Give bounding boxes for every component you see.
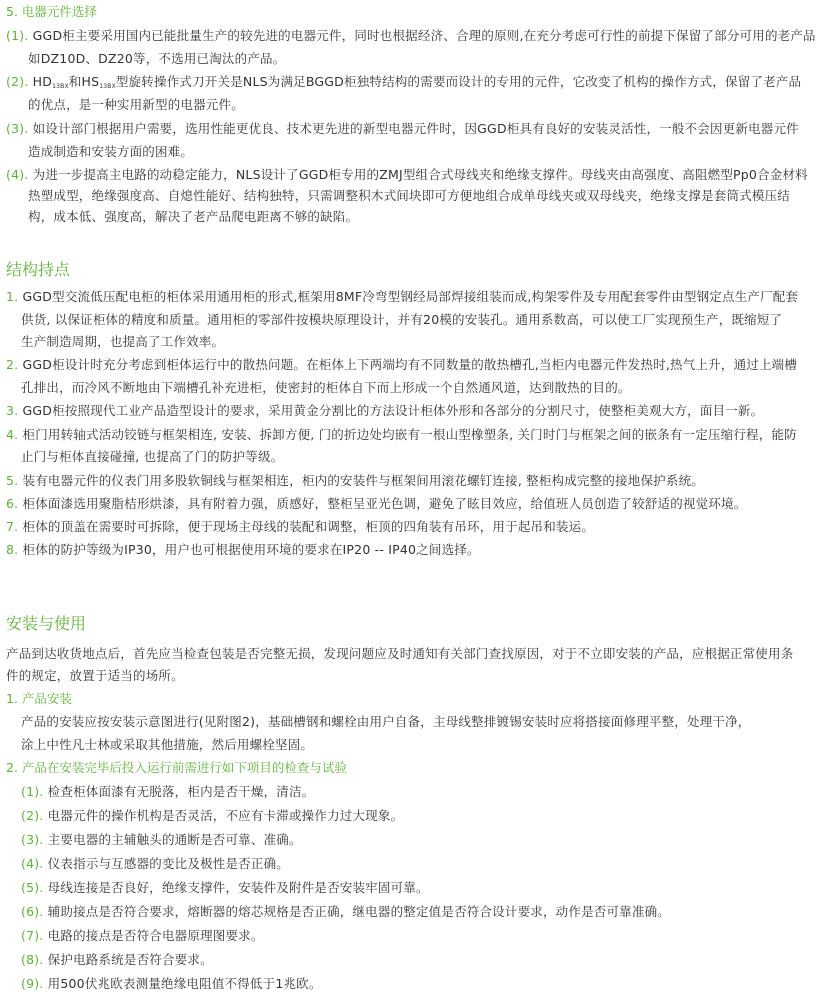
item-number: (4). <box>6 167 28 182</box>
item-number: (1). <box>21 784 43 799</box>
item-number: 7. <box>6 519 18 534</box>
item-number: (2). <box>21 808 43 823</box>
item-number: (5). <box>21 880 43 895</box>
item-text: 仪表指示与互感器的变比及极性是否正确。 <box>48 856 289 871</box>
item-text: 装有电器元件的仪表门用多股软铜线与框架相连，柜内的安装件与框架间用滚花螺钉连接,… <box>23 473 704 488</box>
structure-item-1-line-1: 1. GGD型交流低压配电柜的柜体采用通用柜的形式,框架用8MF冷弯型钢经局部焊… <box>6 288 798 306</box>
structure-item-1-line-3: 生产制造周期，也提高了工作效率。 <box>21 333 224 351</box>
structure-item-7: 7. 柜体的顶盖在需要时可拆除，便于现场主母线的装配和调整，柜顶的四角装有吊环，… <box>6 518 594 536</box>
check-item-3: (3). 主要电器的主辅触头的通断是否可靠、准确。 <box>21 831 302 849</box>
check-item-8: (8). 保护电路系统是否符合要求。 <box>21 951 213 969</box>
item-text: 电路的接点是否符合电器原理图要求。 <box>48 928 264 943</box>
item-number: (3). <box>21 832 43 847</box>
item-number: (6). <box>21 904 43 919</box>
structure-item-4-line-1: 4. 柜门用转轴式活动铰链与框架相连, 安装、拆卸方便, 门的折边处均嵌有一根山… <box>6 426 797 444</box>
model-hd-subscript: 13BX <box>52 83 69 90</box>
item-text: 为进一步提高主电路的动稳定能力，NLS设计了GGD柜专用的ZMJ型组合式母线夹和… <box>33 167 808 182</box>
structure-item-5: 5. 装有电器元件的仪表门用多股软铜线与框架相连，柜内的安装件与框架间用滚花螺钉… <box>6 472 704 490</box>
item-text: GGD柜按照现代工业产品造型设计的要求，采用黄金分割比的方法设计柜体外形和各部分… <box>23 403 764 418</box>
section5-item-3-line-1: (3). 如设计部门根据用户需要，选用性能更优良、技术更先进的新型电器元件时，因… <box>6 120 799 138</box>
item-text: 柜体面漆选用聚脂桔形烘漆，具有附着力强，质感好，整柜呈亚光色调，避免了眩目效应，… <box>23 496 747 511</box>
structure-item-4-line-2: 止门与柜体直接碰撞, 也提高了门的防护等级。 <box>21 448 283 466</box>
item-text: 柜体的顶盖在需要时可拆除，便于现场主母线的装配和调整，柜顶的四角装有吊环，用于起… <box>23 519 595 534</box>
install-sub1-line-1: 产品的安装应按安装示意图进行(见附图2)，基础槽钢和螺栓由用户自备，主母线整排镀… <box>21 713 751 731</box>
structure-item-2-line-1: 2. GGD柜设计时充分考虑到柜体运行中的散热问题。在柜体上下两端均有不同数量的… <box>6 356 797 374</box>
item-text: 保护电路系统是否符合要求。 <box>48 952 213 967</box>
item-text: 电器元件的操作机构是否灵活，不应有卡滞或操作力过大现象。 <box>48 808 404 823</box>
install-intro-line-2: 件的规定，放置于适当的场所。 <box>6 667 184 685</box>
structure-item-3: 3. GGD柜按照现代工业产品造型设计的要求，采用黄金分割比的方法设计柜体外形和… <box>6 402 763 420</box>
model-hs: HS <box>81 74 99 89</box>
check-item-7: (7). 电路的接点是否符合电器原理图要求。 <box>21 927 264 945</box>
item-number: 5. <box>6 473 18 488</box>
item-number: 3. <box>6 403 18 418</box>
item-text: 柜体的防护等级为IP30，用户也可根据使用环境的要求在IP20 -- IP40之… <box>23 542 480 557</box>
structure-item-2-line-2: 孔排出，而冷风不断地由下端槽孔补充进柜，使密封的柜体自下而上形成一个自然通风道，… <box>21 379 631 397</box>
item-text: GGD柜主要采用国内已能批量生产的较先进的电器元件，同时也根据经济、合理的原则,… <box>33 28 816 43</box>
section5-item-4-line-2: 热塑成型，绝缘强度高、自熄性能好、结构独特，只需调整积木式间块即可方便地组合成单… <box>28 187 790 205</box>
section5-item-4-line-1: (4). 为进一步提高主电路的动稳定能力，NLS设计了GGD柜专用的ZMJ型组合… <box>6 166 808 184</box>
check-item-5: (5). 母线连接是否良好，绝缘支撑件，安装件及附件是否安装牢固可靠。 <box>21 879 429 897</box>
item-number: (2). <box>6 74 28 89</box>
structure-item-1-line-2: 供货, 以保证柜体的精度和质量。通用柜的零部件按模块原理设计，并有20模的安装孔… <box>21 311 782 329</box>
model-hd: HD <box>33 74 52 89</box>
item-text: 和 <box>69 74 82 89</box>
check-item-2: (2). 电器元件的操作机构是否灵活，不应有卡滞或操作力过大现象。 <box>21 807 403 825</box>
check-item-9: (9). 用500伏兆欧表测量绝缘电阻值不得低于1兆欧。 <box>21 975 322 993</box>
check-item-6: (6). 辅助接点是否符合要求，熔断器的熔芯规格是否正确，继电器的整定值是否符合… <box>21 903 670 921</box>
structure-item-8: 8. 柜体的防护等级为IP30，用户也可根据使用环境的要求在IP20 -- IP… <box>6 541 480 559</box>
item-number: 1. <box>6 289 18 304</box>
install-sub2-title: 2. 产品在安装完毕后投入运行前需进行如下项目的检查与试验 <box>6 759 347 777</box>
structure-heading: 结构持点 <box>6 257 70 280</box>
structure-item-6: 6. 柜体面漆选用聚脂桔形烘漆，具有附着力强，质感好，整柜呈亚光色调，避免了眩目… <box>6 495 746 513</box>
section-5-title: 5. 电器元件选择 <box>6 3 97 21</box>
item-number: (1). <box>6 28 28 43</box>
item-number: (7). <box>21 928 43 943</box>
item-text: GGD柜设计时充分考虑到柜体运行中的散热问题。在柜体上下两端均有不同数量的散热槽… <box>23 357 798 372</box>
item-number: 2. <box>6 357 18 372</box>
section5-item-1-line-1: (1). GGD柜主要采用国内已能批量生产的较先进的电器元件，同时也根据经济、合… <box>6 27 816 45</box>
item-text: 母线连接是否良好，绝缘支撑件，安装件及附件是否安装牢固可靠。 <box>48 880 429 895</box>
model-hs-subscript: 13BX <box>99 83 116 90</box>
install-heading: 安装与使用 <box>6 611 86 634</box>
item-number: (3). <box>6 121 28 136</box>
item-number: 4. <box>6 427 18 442</box>
item-number: (8). <box>21 952 43 967</box>
check-item-1: (1). 检查柜体面漆有无脱落，柜内是否干燥，清洁。 <box>21 783 314 801</box>
section5-item-3-line-2: 造成制造和安装方面的困难。 <box>28 143 193 161</box>
item-text: 辅助接点是否符合要求，熔断器的熔芯规格是否正确，继电器的整定值是否符合设计要求，… <box>48 904 670 919</box>
check-item-4: (4). 仪表指示与互感器的变比及极性是否正确。 <box>21 855 289 873</box>
section5-item-2-line-2: 的优点，是一种实用新型的电器元件。 <box>28 96 244 114</box>
item-text: 主要电器的主辅触头的通断是否可靠、准确。 <box>48 832 302 847</box>
item-number: 8. <box>6 542 18 557</box>
install-sub1-line-2: 涂上中性凡士林或采取其他措施，然后用螺栓坚固。 <box>21 736 313 754</box>
section5-item-1-line-2: 如DZ10D、DZ20等，不选用已淘汰的产品。 <box>28 50 285 68</box>
item-number: (4). <box>21 856 43 871</box>
item-text: 型旋转操作式刀开关是NLS为满足BGGD柜独特结构的需要而设计的专用的元件，它改… <box>116 74 801 89</box>
item-number: (9). <box>21 976 43 991</box>
item-number: 6. <box>6 496 18 511</box>
item-text: 柜门用转轴式活动铰链与框架相连, 安装、拆卸方便, 门的折边处均嵌有一根山型橡塑… <box>23 427 797 442</box>
item-text: 用500伏兆欧表测量绝缘电阻值不得低于1兆欧。 <box>48 976 322 991</box>
item-text: 检查柜体面漆有无脱落，柜内是否干燥，清洁。 <box>48 784 315 799</box>
install-sub1-title: 1. 产品安装 <box>6 690 72 708</box>
item-text: 如设计部门根据用户需要，选用性能更优良、技术更先进的新型电器元件时，因GGD柜具… <box>33 121 799 136</box>
item-text: GGD型交流低压配电柜的柜体采用通用柜的形式,框架用8MF冷弯型钢经局部焊接组装… <box>23 289 799 304</box>
section5-item-2-line-1: (2). HD13BX和HS13BX型旋转操作式刀开关是NLS为满足BGGD柜独… <box>6 73 801 96</box>
section5-item-4-line-3: 构，成本低、强度高，解决了老产品爬电距离不够的缺陷。 <box>28 208 358 226</box>
install-intro-line-1: 产品到达收货地点后，首先应当检查包装是否完整无损，发现问题应及时通知有关部门查找… <box>6 645 793 663</box>
